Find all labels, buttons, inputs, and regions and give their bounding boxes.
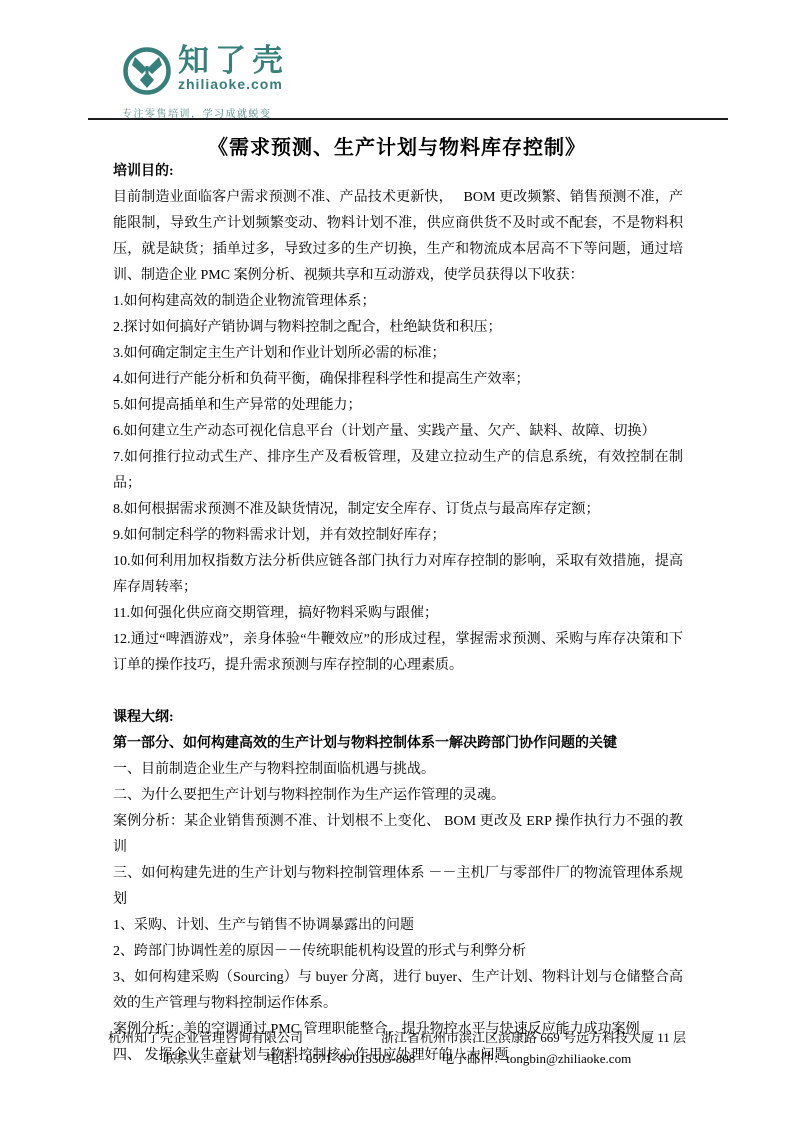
goal-item: 1.如何构建高效的制造企业物流管理体系； (113, 289, 683, 315)
goal-item: 7.如何推行拉动式生产、排序生产及看板管理，及建立拉动生产的信息系统，有效控制在… (113, 445, 683, 497)
goal-item: 6.如何建立生产动态可视化信息平台（计划产量、实践产量、欠产、缺料、故障、切换） (113, 419, 683, 445)
goal-item: 12.通过“啤酒游戏”，亲身体验“牛鞭效应”的形成过程，掌握需求预测、采购与库存… (113, 627, 683, 679)
outline-item: 2、跨部门协调性差的原因－－传统职能机构设置的形式与利弊分析 (113, 939, 683, 965)
cicada-logo-icon (122, 46, 172, 101)
footer-company: 杭州知了壳企业管理咨询有限公司 (108, 1027, 303, 1048)
outline-item: 一、目前制造企业生产与物料控制面临机遇与挑战。 (113, 757, 683, 783)
page-title: 《需求预测、生产计划与物料库存控制》 (0, 131, 794, 160)
goal-item: 9.如何制定科学的物料需求计划，并有效控制好库存； (113, 523, 683, 549)
outline-item: 3、如何构建采购（Sourcing）与 buyer 分离，进行 buyer、生产… (113, 965, 683, 1017)
goal-item: 10.如何利用加权指数方法分析供应链各部门执行力对库存控制的影响，采取有效措施，… (113, 549, 683, 601)
purpose-intro: 目前制造业面临客户需求预测不准、产品技术更新快， BOM 更改频繁、销售预测不准… (113, 185, 683, 289)
spacer (113, 679, 683, 705)
goal-item: 11.如何强化供应商交期管理，搞好物料采购与跟催； (113, 601, 683, 627)
header-divider (88, 118, 728, 120)
goal-item: 2.探讨如何搞好产销协调与物料控制之配合，杜绝缺货和积压； (113, 315, 683, 341)
outline-item: 1、采购、计划、生产与销售不协调暴露出的问题 (113, 913, 683, 939)
brand-name: 知了壳 (178, 46, 289, 76)
document-page: 知了壳 zhiliaoke.com 专注零售培训，学习成就蜕变 《需求预测、生产… (0, 0, 794, 1123)
document-body: 培训目的: 目前制造业面临客户需求预测不准、产品技术更新快， BOM 更改频繁、… (113, 159, 683, 1069)
goal-item: 8.如何根据需求预测不准及缺货情况，制定安全库存、订货点与最高库存定额； (113, 497, 683, 523)
purpose-heading: 培训目的: (113, 159, 683, 185)
goal-item: 4.如何进行产能分析和负荷平衡，确保排程科学性和提高生产效率； (113, 367, 683, 393)
brand-domain: zhiliaoke.com (178, 76, 289, 92)
page-footer: 杭州知了壳企业管理咨询有限公司 浙江省杭州市滨江区滨康路 669 号远方科技大厦… (0, 1027, 794, 1069)
footer-phone: 电话：0571- 87015503-808 (267, 1048, 415, 1069)
footer-address: 浙江省杭州市滨江区滨康路 669 号远方科技大厦 11 层 (381, 1027, 686, 1048)
footer-contact-person: 联系人：童斌 (163, 1048, 241, 1069)
goal-item: 5.如何提高插单和生产异常的处理能力； (113, 393, 683, 419)
goal-item: 3.如何确定制定主生产计划和作业计划所必需的标准； (113, 341, 683, 367)
company-logo: 知了壳 zhiliaoke.com 专注零售培训，学习成就蜕变 (122, 46, 289, 120)
outline-item: 案例分析：某企业销售预测不准、计划根不上变化、 BOM 更改及 ERP 操作执行… (113, 809, 683, 861)
outline-item: 三、如何构建先进的生产计划与物料控制管理体系 －－主机厂与零部件厂的物流管理体系… (113, 861, 683, 913)
footer-email: 电子邮件：tongbin@zhiliaoke.com (441, 1048, 631, 1069)
outline-item: 二、为什么要把生产计划与物料控制作为生产运作管理的灵魂。 (113, 783, 683, 809)
outline-heading: 课程大纲: (113, 705, 683, 731)
outline-part1-heading: 第一部分、如何构建高效的生产计划与物料控制体系一解决跨部门协作问题的关键 (113, 731, 683, 757)
